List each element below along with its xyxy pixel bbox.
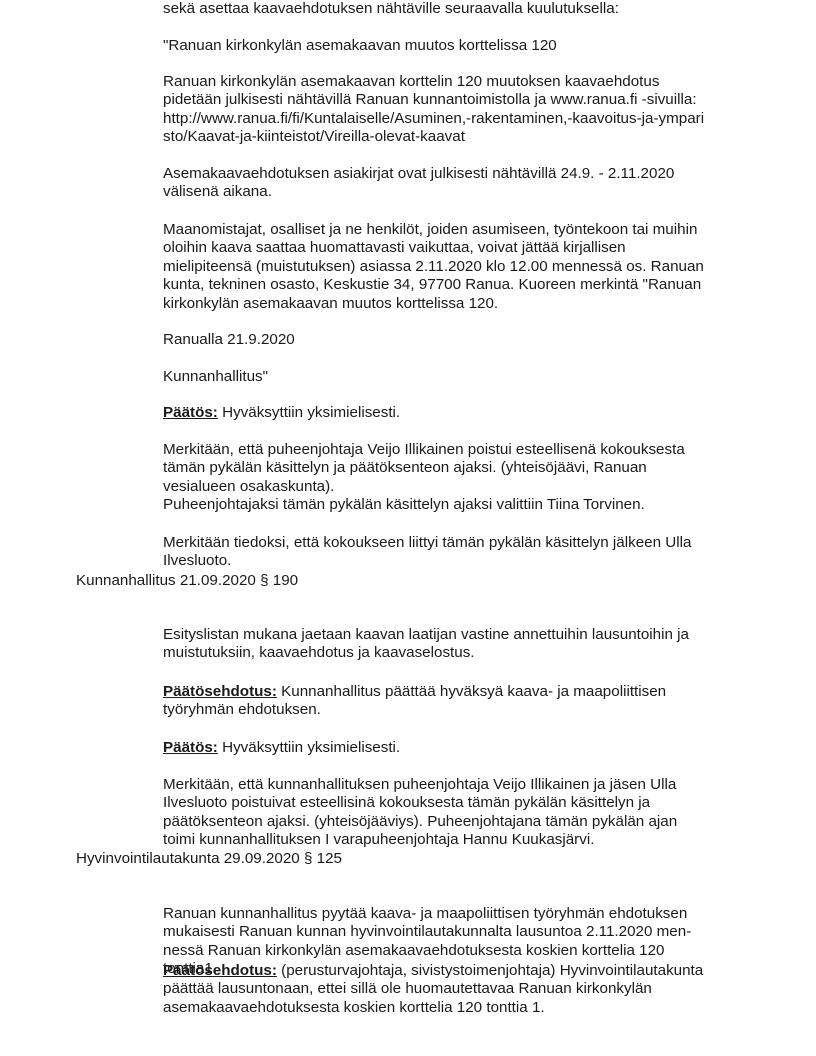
text-line: Ranuan kunnanhallitus pyytää kaava- ja m…: [163, 905, 743, 923]
text-line: Esityslistan mukana jaetaan kaavan laati…: [163, 626, 743, 644]
label-text: Kunnanhallitus päättää hyväksyä kaava- j…: [277, 683, 666, 700]
text-line: Ranualla 21.9.2020: [163, 331, 743, 349]
paragraph: Merkitään, että kunnanhallituksen puheen…: [163, 776, 743, 850]
text-line: http://www.ranua.fi/fi/Kuntalaiselle/Asu…: [163, 110, 743, 128]
section-label: Päätösehdotus:: [163, 683, 277, 700]
meeting-header: Hyvinvointilautakunta 29.09.2020 § 125: [76, 850, 342, 868]
meeting-header: Kunnanhallitus 21.09.2020 § 190: [76, 572, 298, 590]
document-page: sekä asettaa kaavaehdotuksen nähtäville …: [0, 0, 816, 1056]
text-line: toimi kunnanhallituksen I varapuheenjoht…: [163, 831, 743, 849]
text-line: tämän pykälän käsittelyn ja päätöksenteo…: [163, 459, 743, 477]
text-line: mukaisesti Ranuan kunnan hyvinvointilaut…: [163, 923, 743, 941]
text-line: Päätösehdotus: Kunnanhallitus päättää hy…: [163, 683, 743, 701]
section-label: Päätös:: [163, 739, 218, 756]
labeled-paragraph: Päätös: Hyväksyttiin yksimielisesti.: [163, 739, 743, 757]
paragraph: sekä asettaa kaavaehdotuksen nähtäville …: [163, 0, 743, 18]
text-line: asemakaavaehdotuksesta koskien korttelia…: [163, 999, 743, 1017]
text-line: Puheenjohtajaksi tämän pykälän käsittely…: [163, 496, 743, 514]
text-line: työryhmän ehdotuksen.: [163, 701, 743, 719]
paragraph: Esityslistan mukana jaetaan kaavan laati…: [163, 626, 743, 663]
text-line: Ranuan kirkonkylän asemakaavan korttelin…: [163, 73, 743, 91]
section-label: Päätösehdotus:: [163, 962, 277, 979]
text-line: vesialueen osakaskunta).: [163, 478, 743, 496]
label-text: Hyväksyttiin yksimielisesti.: [218, 404, 400, 421]
section-label: Päätös:: [163, 404, 218, 421]
label-text: Hyväksyttiin yksimielisesti.: [218, 739, 400, 756]
labeled-paragraph: Päätösehdotus: (perusturvajohtaja, sivis…: [163, 962, 743, 1017]
text-line: pidetään julkisesti nähtävillä Ranuan ku…: [163, 91, 743, 109]
text-line: kirkonkylän asemakaavan muutos korttelis…: [163, 295, 743, 313]
paragraph: Merkitään, että puheenjohtaja Veijo Illi…: [163, 441, 743, 515]
text-line: sto/Kaavat-ja-kiinteistot/Vireilla-oleva…: [163, 128, 743, 146]
text-line: sekä asettaa kaavaehdotuksen nähtäville …: [163, 0, 743, 18]
text-line: välisenä aikana.: [163, 183, 743, 201]
text-line: Päätösehdotus: (perusturvajohtaja, sivis…: [163, 962, 743, 980]
text-line: muistutuksiin, kaavaehdotus ja kaavaselo…: [163, 644, 743, 662]
text-line: Kunnanhallitus": [163, 368, 743, 386]
text-line: kunta, tekninen osasto, Keskustie 34, 97…: [163, 276, 743, 294]
text-line: Merkitään tiedoksi, että kokoukseen liit…: [163, 534, 743, 552]
text-line: Asemakaavaehdotuksen asiakirjat ovat jul…: [163, 165, 743, 183]
text-line: "Ranuan kirkonkylän asemakaavan muutos k…: [163, 37, 743, 55]
text-line: nessä Ranuan kirkonkylän asemakaavaehdot…: [163, 942, 743, 960]
labeled-paragraph: Päätösehdotus: Kunnanhallitus päättää hy…: [163, 683, 743, 720]
paragraph: Merkitään tiedoksi, että kokoukseen liit…: [163, 534, 743, 571]
text-line: päätöksenteon ajaksi. (yhteisöjääviys). …: [163, 813, 743, 831]
text-line: Päätös: Hyväksyttiin yksimielisesti.: [163, 404, 743, 422]
text-line: Ilvesluoto poistuivat esteellisinä kokou…: [163, 794, 743, 812]
paragraph: Ranualla 21.9.2020: [163, 331, 743, 349]
text-line: Merkitään, että kunnanhallituksen puheen…: [163, 776, 743, 794]
paragraph: Kunnanhallitus": [163, 368, 743, 386]
text-line: Ilvesluoto.: [163, 552, 743, 570]
label-text: (perusturvajohtaja, sivistystoimenjohtaj…: [277, 962, 703, 979]
text-line: Merkitään, että puheenjohtaja Veijo Illi…: [163, 441, 743, 459]
text-line: mielipiteensä (muistutuksen) asiassa 2.1…: [163, 258, 743, 276]
paragraph: "Ranuan kirkonkylän asemakaavan muutos k…: [163, 37, 743, 55]
paragraph: Maanomistajat, osalliset ja ne henkilöt,…: [163, 221, 743, 313]
labeled-paragraph: Päätös: Hyväksyttiin yksimielisesti.: [163, 404, 743, 422]
text-line: oloihin kaava saattaa huomattavasti vaik…: [163, 239, 743, 257]
paragraph: Asemakaavaehdotuksen asiakirjat ovat jul…: [163, 165, 743, 202]
paragraph: Ranuan kirkonkylän asemakaavan korttelin…: [163, 73, 743, 147]
text-line: Päätös: Hyväksyttiin yksimielisesti.: [163, 739, 743, 757]
text-line: Maanomistajat, osalliset ja ne henkilöt,…: [163, 221, 743, 239]
text-line: päättää lausuntonaan, ettei sillä ole hu…: [163, 980, 743, 998]
